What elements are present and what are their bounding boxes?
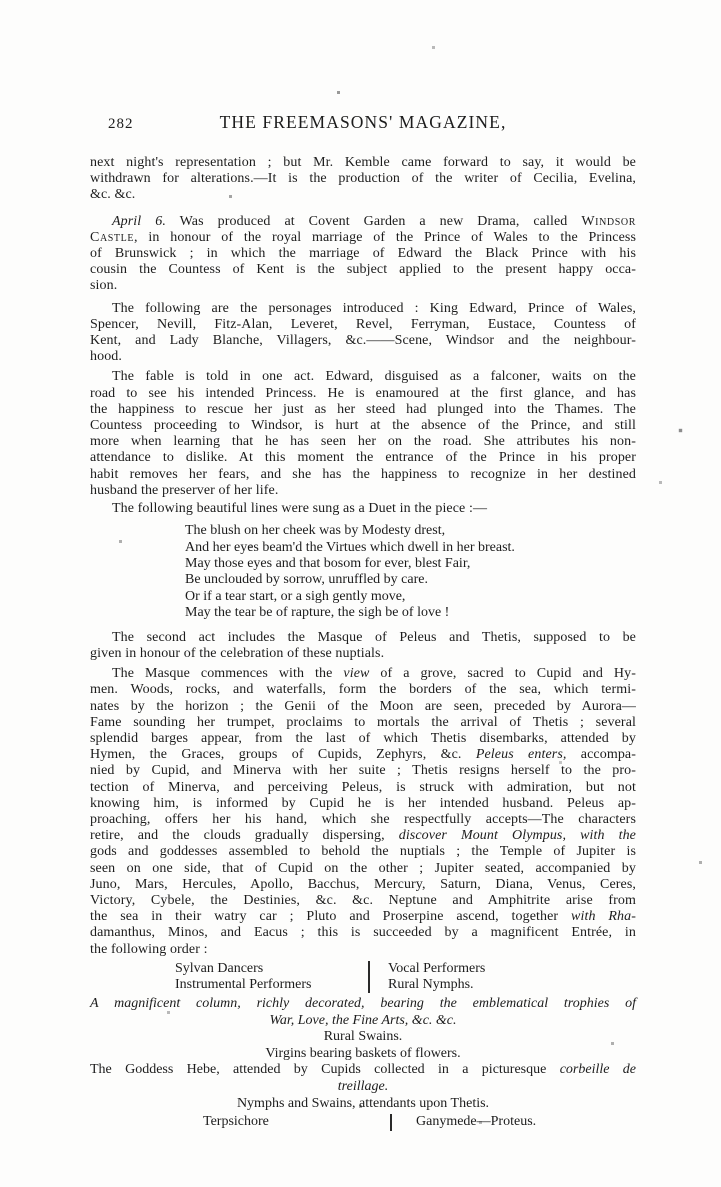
text-line: A magnificent column, richly decorated, … bbox=[90, 996, 636, 1013]
text-line: withdrawn for alterations.—It is the pro… bbox=[90, 171, 636, 187]
performers-table: Sylvan DancersInstrumental Performers Vo… bbox=[90, 961, 636, 994]
running-title: THE FREEMASONS' MAGAZINE, bbox=[90, 112, 636, 133]
finale-right-label: Ganymede—Proteus. bbox=[392, 1114, 536, 1131]
text-line: The Goddess Hebe, attended by Cupids col… bbox=[90, 1062, 636, 1079]
text-line: gods and goddesses assembled to behold t… bbox=[90, 844, 636, 860]
text-line: Hymen, the Graces, groups of Cupids, Zep… bbox=[90, 747, 636, 763]
text-line: The blush on her cheek was by Modesty dr… bbox=[185, 523, 636, 539]
text-line: &c. &c. bbox=[90, 187, 636, 203]
text-line: And her eyes beam'd the Virtues which dw… bbox=[185, 540, 636, 556]
text-line: Juno, Mars, Hercules, Apollo, Bacchus, M… bbox=[90, 877, 636, 893]
paragraph-duet-intro: The following beautiful lines were sung … bbox=[90, 501, 636, 517]
text-line: proaching, offers her his hand, which sh… bbox=[90, 812, 636, 828]
text-line: Virgins bearing baskets of flowers. bbox=[90, 1046, 636, 1063]
text-line: Or if a tear start, or a sigh gently mov… bbox=[185, 589, 636, 605]
paragraph-april-6: April 6. Was produced at Covent Garden a… bbox=[90, 214, 636, 295]
text-line: The fable is told in one act. Edward, di… bbox=[90, 369, 636, 385]
text-line: sion. bbox=[90, 278, 636, 294]
text-line: Castle, in honour of the royal marriage … bbox=[90, 230, 636, 246]
text-line: The following are the personages introdu… bbox=[90, 301, 636, 317]
text-line: men. Woods, rocks, and waterfalls, form … bbox=[90, 682, 636, 698]
text-line: more when learning that he has seen her … bbox=[90, 434, 636, 450]
performers-right-column: Vocal PerformersRural Nymphs. bbox=[370, 961, 485, 994]
text-line: Spencer, Nevill, Fitz-Alan, Leveret, Rev… bbox=[90, 317, 636, 333]
text-line: seen on one side, that of Cupid on the o… bbox=[90, 861, 636, 877]
performers-left-column: Sylvan DancersInstrumental Performers bbox=[175, 961, 368, 994]
text-line: knowing him, is informed by Cupid he is … bbox=[90, 796, 636, 812]
finale-left-label: Terpsichore bbox=[203, 1114, 390, 1131]
text-line: the sea in their watry car ; Pluto and P… bbox=[90, 909, 636, 925]
text-line: habit removes her fears, and she has the… bbox=[90, 467, 636, 483]
text-line: Kent, and Lady Blanche, Villagers, &c.——… bbox=[90, 333, 636, 349]
text-line: Vocal Performers bbox=[388, 961, 485, 978]
text-line: May those eyes and that bosom for ever, … bbox=[185, 556, 636, 572]
text-line: splendid barges appear, from the last of… bbox=[90, 731, 636, 747]
text-line: Nymphs and Swains, attendants upon Theti… bbox=[90, 1096, 636, 1113]
text-line: The second act includes the Masque of Pe… bbox=[90, 630, 636, 646]
paragraph-fable: The fable is told in one act. Edward, di… bbox=[90, 369, 636, 499]
text-line: given in honour of the celebration of th… bbox=[90, 646, 636, 662]
text-line: Fame sounding her trumpet, proclaims to … bbox=[90, 715, 636, 731]
text-line: Be unclouded by sorrow, unruffled by car… bbox=[185, 572, 636, 588]
paragraph-second-act: The second act includes the Masque of Pe… bbox=[90, 630, 636, 662]
paragraph-masque: The Masque commences with the view of a … bbox=[90, 666, 636, 958]
text-line: War, Love, the Fine Arts, &c. &c. bbox=[90, 1013, 636, 1030]
text-line: of Brunswick ; in which the marriage of … bbox=[90, 246, 636, 262]
paragraph-continuation: next night's representation ; but Mr. Ke… bbox=[90, 155, 636, 204]
text-line: May the tear be of rapture, the sigh be … bbox=[185, 605, 636, 621]
text-line: Countess proceeding to Windsor, is hurt … bbox=[90, 418, 636, 434]
text-line: damanthus, Minos, and Eacus ; this is su… bbox=[90, 925, 636, 941]
text-line: hood. bbox=[90, 349, 636, 365]
page-header: 282 THE FREEMASONS' MAGAZINE, bbox=[90, 112, 636, 134]
text-line: The following beautiful lines were sung … bbox=[90, 501, 636, 517]
text-line: next night's representation ; but Mr. Ke… bbox=[90, 155, 636, 171]
finale-row: Terpsichore Ganymede—Proteus. bbox=[90, 1114, 636, 1131]
text-line: road to see his intended Princess. He is… bbox=[90, 386, 636, 402]
page-number: 282 bbox=[108, 116, 134, 133]
text-column: 282 THE FREEMASONS' MAGAZINE, next night… bbox=[90, 112, 636, 1131]
text-line: Rural Nymphs. bbox=[388, 977, 485, 994]
text-line: Victory, Cybele, the Destinies, &c. &c. … bbox=[90, 893, 636, 909]
text-line: attendance to dislike. At this moment th… bbox=[90, 450, 636, 466]
text-line: nates by the horizon ; the Genii of the … bbox=[90, 699, 636, 715]
text-line: the happiness to rescue her just as her … bbox=[90, 402, 636, 418]
text-line: Instrumental Performers bbox=[175, 977, 368, 994]
paragraph-personages: The following are the personages introdu… bbox=[90, 301, 636, 366]
text-line: retire, and the clouds gradually dispers… bbox=[90, 828, 636, 844]
text-line: tection of Minerva, and perceiving Peleu… bbox=[90, 780, 636, 796]
entree-order-list: A magnificent column, richly decorated, … bbox=[90, 996, 636, 1112]
text-line: husband the preserver of her life. bbox=[90, 483, 636, 499]
text-line: The Masque commences with the view of a … bbox=[90, 666, 636, 682]
scan-speckles bbox=[0, 0, 1, 1]
text-line: Sylvan Dancers bbox=[175, 961, 368, 978]
text-line: April 6. Was produced at Covent Garden a… bbox=[90, 214, 636, 230]
text-line: Rural Swains. bbox=[90, 1029, 636, 1046]
magazine-page: 282 THE FREEMASONS' MAGAZINE, next night… bbox=[0, 0, 721, 1187]
text-line: treillage. bbox=[90, 1079, 636, 1096]
text-line: the following order : bbox=[90, 942, 636, 958]
text-line: cousin the Countess of Kent is the subje… bbox=[90, 262, 636, 278]
duet-verse: The blush on her cheek was by Modesty dr… bbox=[90, 523, 636, 621]
text-line: nied by Cupid, and Minerva with her suit… bbox=[90, 763, 636, 779]
